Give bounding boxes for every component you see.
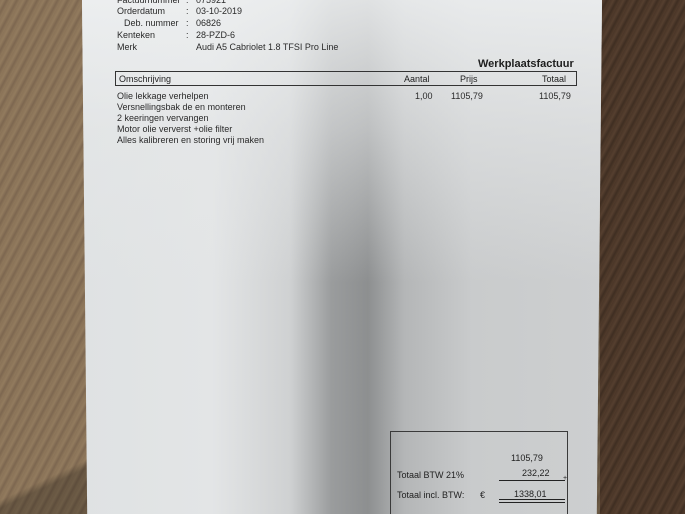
field-value-order-date: 03-10-2019 bbox=[196, 6, 242, 16]
column-header-description: Omschrijving bbox=[119, 74, 171, 84]
row-description: Olie lekkage verhelpen bbox=[117, 91, 209, 101]
field-label-make: Merk bbox=[117, 42, 137, 52]
subtotal-value: 1105,79 bbox=[511, 453, 543, 463]
field-label-license-plate: Kenteken bbox=[117, 30, 155, 40]
vat-amount: 232,22 bbox=[522, 468, 550, 478]
currency-symbol: € bbox=[480, 490, 485, 500]
field-label-order-date: Orderdatum bbox=[117, 6, 165, 16]
row-quantity: 1,00 bbox=[415, 91, 433, 101]
grand-total-label: Totaal incl. BTW: bbox=[397, 490, 464, 500]
plus-sign: + bbox=[563, 475, 567, 482]
row-total: 1105,79 bbox=[539, 91, 571, 101]
totals-box: 1105,79 Totaal BTW 21% 232,22 + Totaal i… bbox=[390, 431, 568, 514]
double-underline bbox=[499, 502, 565, 503]
vat-label: Totaal BTW 21% bbox=[397, 470, 464, 480]
row-description: Motor olie ververst +olie filter bbox=[117, 124, 232, 134]
field-value-invoice-number: 075921 bbox=[196, 0, 226, 5]
field-value-make: Audi A5 Cabriolet 1.8 TFSI Pro Line bbox=[196, 42, 338, 52]
grand-total-value: 1338,01 bbox=[514, 489, 547, 499]
row-description: 2 keeringen vervangen bbox=[117, 113, 209, 123]
field-value-debtor-number: 06826 bbox=[196, 18, 221, 28]
table-header: Omschrijving Aantal Prijs Totaal bbox=[115, 71, 577, 86]
double-underline bbox=[499, 499, 565, 500]
row-description: Alles kalibreren en storing vrij maken bbox=[117, 135, 264, 145]
row-description: Versnellingsbak de en monteren bbox=[117, 102, 246, 112]
field-colon: : bbox=[186, 6, 189, 16]
column-header-price: Prijs bbox=[460, 74, 478, 84]
column-header-total: Totaal bbox=[542, 74, 566, 84]
wooden-table-background bbox=[600, 0, 685, 514]
field-colon: : bbox=[186, 30, 189, 40]
field-label-debtor-number: Deb. nummer bbox=[124, 18, 179, 28]
field-colon: : bbox=[186, 18, 189, 28]
column-header-quantity: Aantal bbox=[404, 74, 430, 84]
field-label-invoice-number: Factuurnummer bbox=[117, 0, 181, 5]
field-colon: : bbox=[186, 0, 189, 5]
document-title: Werkplaatsfactuur bbox=[478, 58, 574, 70]
sum-line bbox=[499, 480, 565, 481]
row-price: 1105,79 bbox=[451, 91, 483, 101]
field-value-license-plate: 28-PZD-6 bbox=[196, 30, 235, 40]
